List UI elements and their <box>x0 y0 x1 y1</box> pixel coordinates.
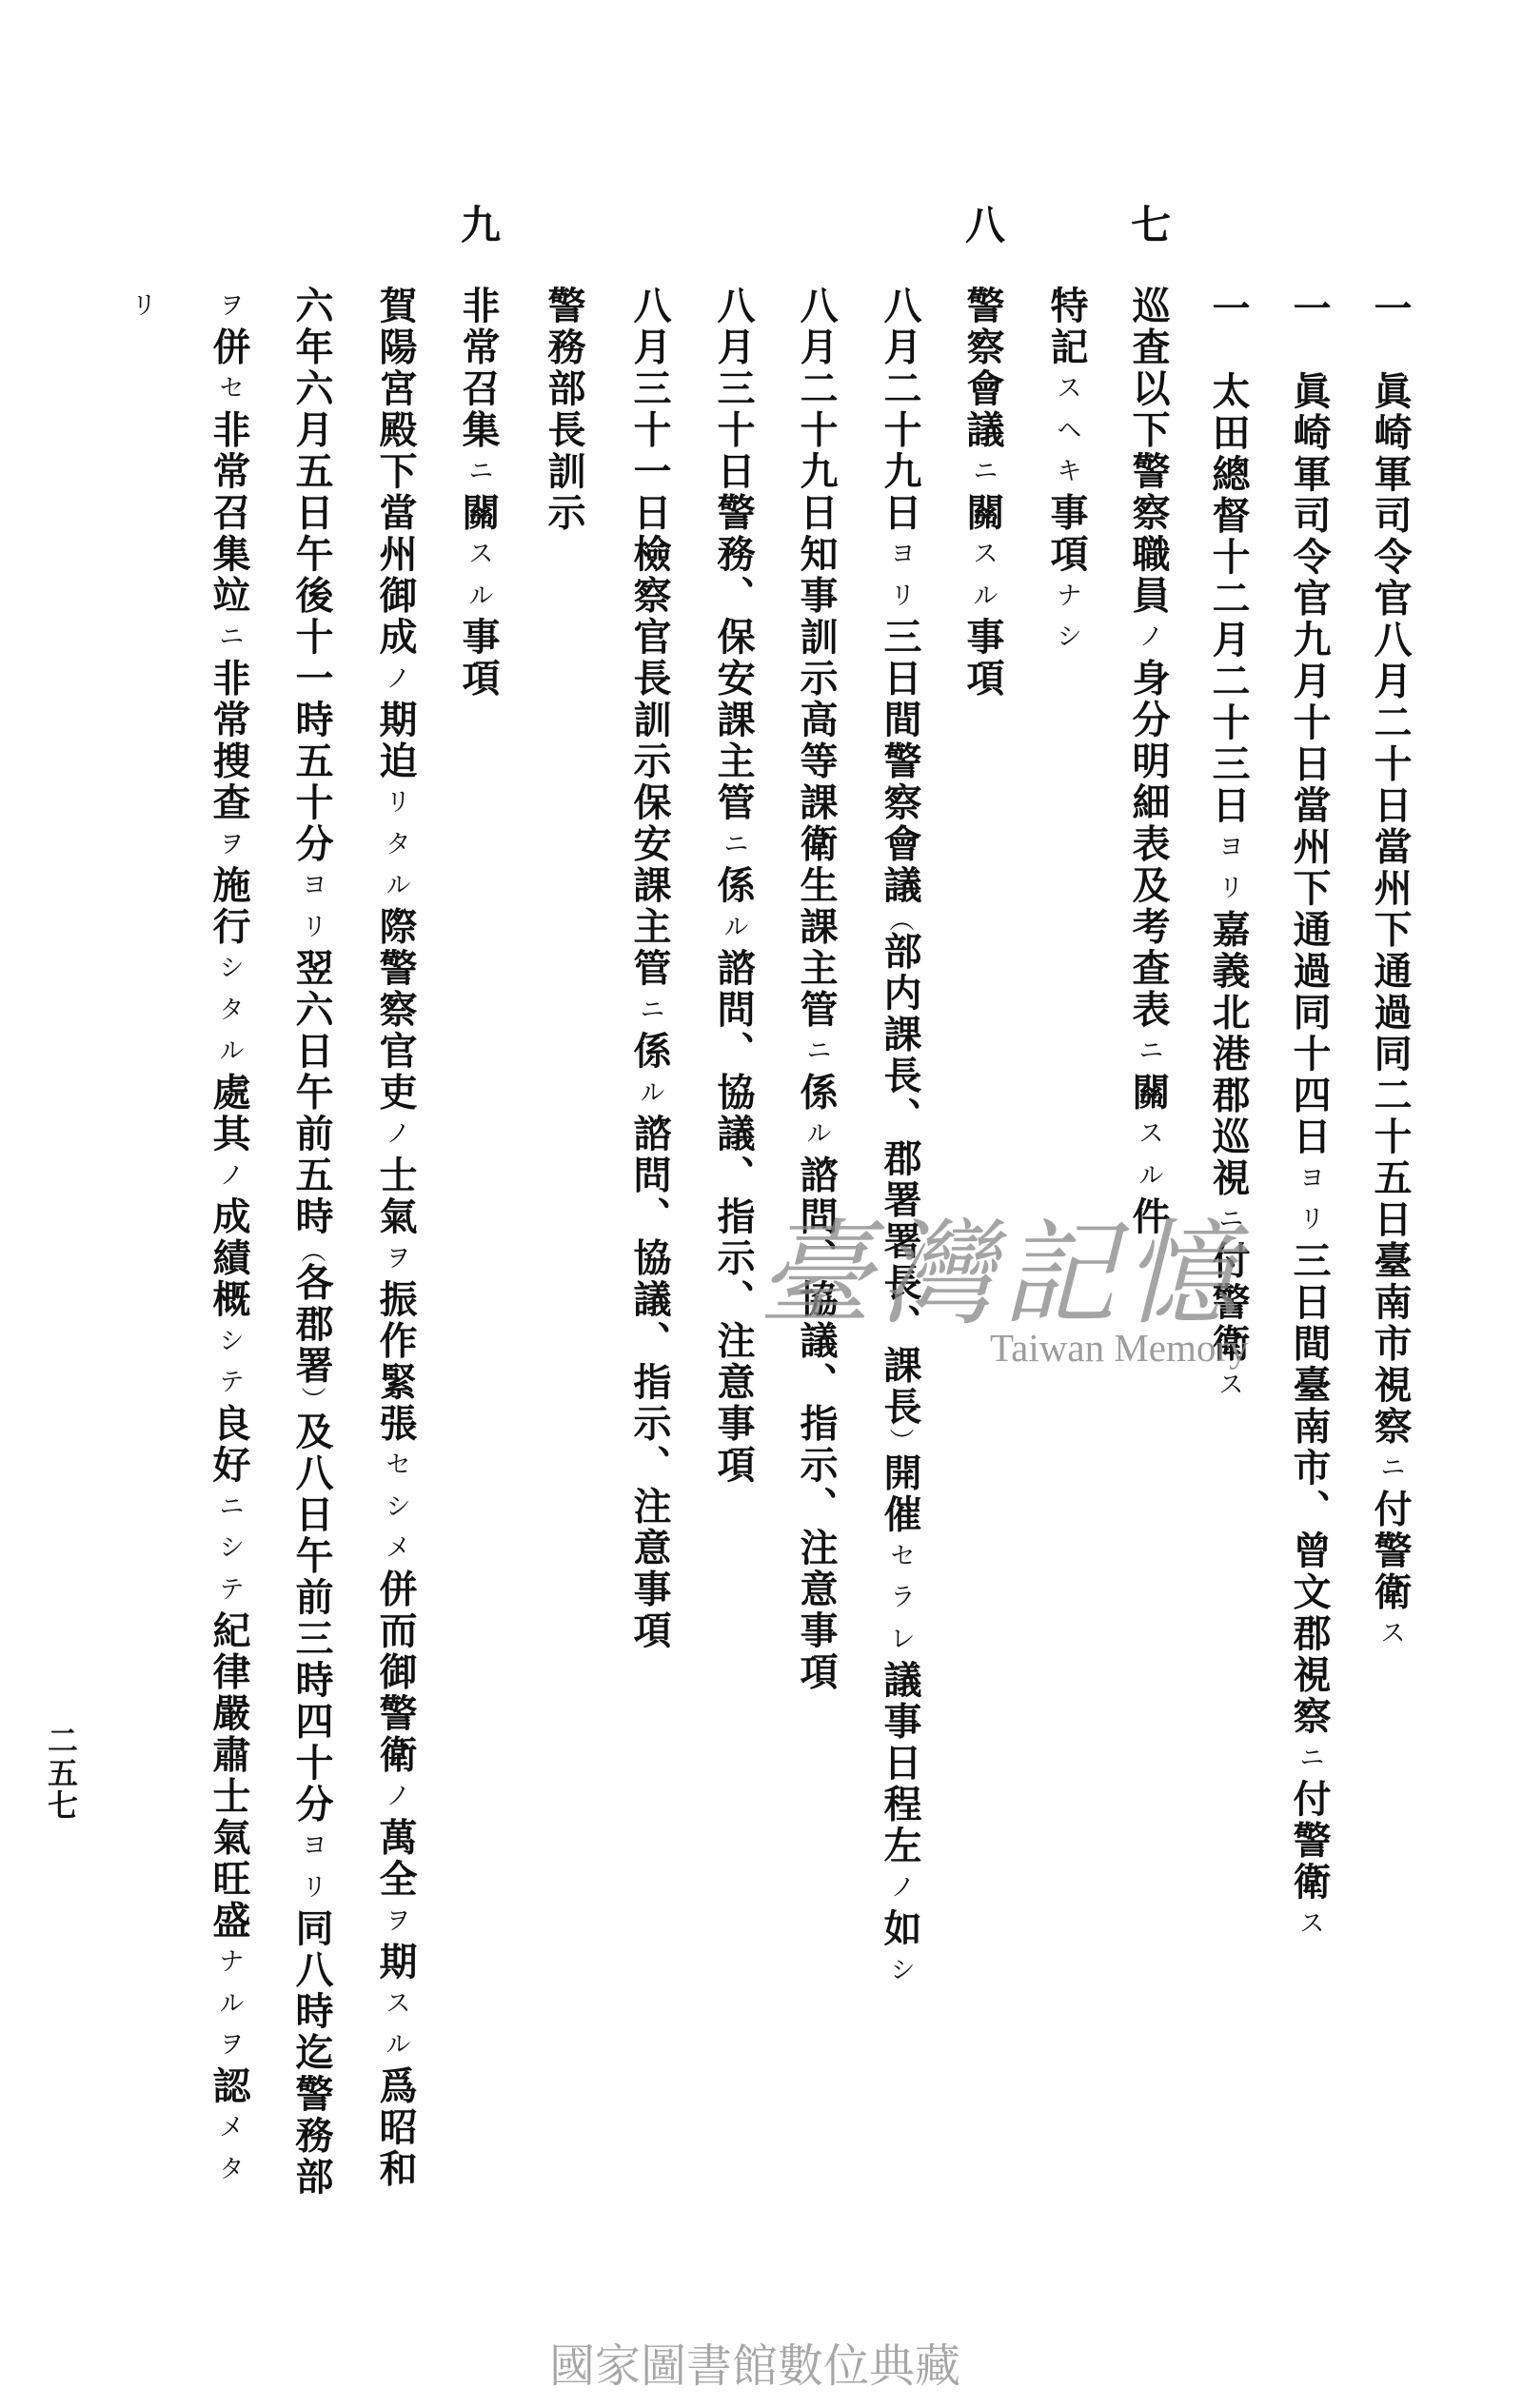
list-item-general-visit-sep: 眞崎軍司令官九月十日當州下通過同十四日ヨリ三日間臺南市、曾文郡視察ニ付警衛ス <box>1288 371 1330 1944</box>
section-heading-8: 警察會議ニ關スル事項 <box>961 286 1003 700</box>
section-body-9-line: リ <box>120 286 162 327</box>
section-body-8-line: 八月二十九日ヨリ三日間警察會議（部内課長、郡署署長、課長）開催セラレ議事日程左ノ… <box>879 286 920 1991</box>
section-body-9-line: 六年六月五日午後十一時五十分ヨリ翌六日午前五時（各郡署）及八日午前三時四十分ヨリ… <box>290 286 332 2199</box>
scanned-document-page: 一 眞崎軍司令官八月二十日當州下通過同二十五日臺南市視察ニ付警衛ス 一 眞崎軍司… <box>0 0 1523 2408</box>
section-numeral-7: 七 <box>1127 204 1169 244</box>
section-body-8-line: 警務部長訓示 <box>543 286 584 534</box>
section-heading-9: 非常召集ニ關スル事項 <box>457 286 499 700</box>
section-body-7: 特記スヘキ事項ナシ <box>1045 286 1087 659</box>
footer-credit: 國家圖書館數位典藏 <box>549 2339 960 2393</box>
section-body-8-line: 八月二十九日知事訓示高等課衛生課主管ニ係ル諮問、協議、指示、注意事項 <box>795 286 837 1693</box>
section-body-8-line: 八月三十日警務、保安課主管ニ係ル諮問、協議、指示、注意事項 <box>712 286 754 1487</box>
section-body-9-line: 賀陽宮殿下當州御成ノ期迫リタル際警察官吏ノ士氣ヲ振作緊張セシメ併而御警衛ノ萬全ヲ… <box>374 286 416 2190</box>
page-number: 二五七 <box>45 1725 77 1822</box>
section-body-9-line: ヲ併セ非常召集竝ニ非常搜查ヲ施行シタル處其ノ成績概シテ良好ニシテ紀律嚴肅士氣旺盛… <box>208 286 249 2190</box>
list-item-general-visit-aug: 眞崎軍司令官八月二十日當州下通過同二十五日臺南市視察ニ付警衛ス <box>1369 371 1411 1655</box>
list-marker: 一 <box>1207 288 1249 326</box>
list-marker: 一 <box>1369 288 1411 326</box>
section-numeral-8: 八 <box>961 204 1003 244</box>
section-body-8-line: 八月三十一日檢察官長訓示保安課主管ニ係ル諮問、協議、指示、注意事項 <box>628 286 670 1652</box>
watermark-title: 臺灣記憶 <box>758 1209 1245 1342</box>
section-heading-7: 巡査以下警察職員ノ身分明細表及考查表ニ關スル件 <box>1127 286 1169 1238</box>
list-marker: 一 <box>1288 288 1330 326</box>
section-numeral-9: 九 <box>457 204 499 244</box>
watermark-subtitle: Taiwan Memory <box>990 1325 1249 1371</box>
